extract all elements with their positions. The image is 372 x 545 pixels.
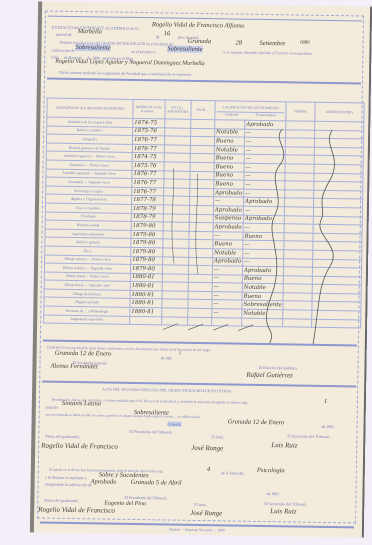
acta-year: de 1881 (322, 424, 335, 429)
acta-grade: Sobresaliente (134, 409, 169, 417)
acta2-subject: Psicología (257, 467, 285, 474)
acta2-signature-secretario: Luis Ruiz (270, 507, 296, 515)
firma-strokes (30, 1, 372, 537)
acta2-line2: y se dispuso el aspirante a (45, 475, 87, 481)
cert-signature-right: Rafael Gutiérrez (246, 371, 293, 380)
acta2-grade: Aprobado (91, 478, 117, 485)
cert-year-label: de 188 (161, 355, 172, 360)
acta2-role-alumno: Firma del graduando, (44, 498, 78, 504)
acta-signature-secretario: Luis Ruiz (271, 441, 297, 449)
acta2-line3: otorgándole la calificación de (45, 482, 92, 488)
acta-signature-juez: José Ronge (191, 444, 223, 453)
acta-place: Granada (168, 421, 182, 426)
acta-role-juez: El Juez, (211, 434, 224, 439)
acta2-year: de 1881 (266, 491, 279, 496)
acta2-role-juez: El Juez, (194, 502, 207, 507)
acta2-role-secretario: El Secretario del Tribunal, (264, 501, 306, 507)
acta-titulado-label: titulado (46, 405, 58, 410)
acta2-number: 4 (207, 466, 210, 473)
acta-number: 1 (324, 398, 327, 405)
acta2-subject-label: de la Filosofía (221, 470, 244, 475)
acta-role-secretario: El Secretario del Tribunal, (287, 433, 329, 439)
acta-label-alumno: Firma del graduando, (45, 434, 79, 440)
acta-date: Granada 12 de Enero (228, 418, 285, 426)
acta2-role-presidente: El Presidente del Tribunal, (124, 495, 167, 501)
acta2-signature-presidente: Eugenio del Pino (104, 501, 146, 508)
acta-topic: Sintaxis Latina (62, 400, 101, 408)
cert-signature-left: Alonso Fernández (50, 363, 98, 371)
cert-year: 1 (179, 352, 182, 357)
scanned-document: EXTRACTO del EXPEDIENTE ACADÉMICO de D. … (30, 1, 372, 537)
acta-signature-alumno: Rogelio Vidal de Francisco (41, 442, 118, 451)
acta2-signature-juez: José Ronge (190, 509, 222, 518)
acta-role-presidente: El Presidente del Tribunal, (129, 429, 172, 435)
cert-role-right: El Director del Instituto, (258, 365, 297, 371)
acta2-date: Granada 5 de Abril (131, 479, 182, 487)
cert-place-date: Granada 12 de Enero (55, 350, 112, 358)
acta2-signature-alumno: Rogelio Vidal de Francisco (38, 505, 115, 514)
